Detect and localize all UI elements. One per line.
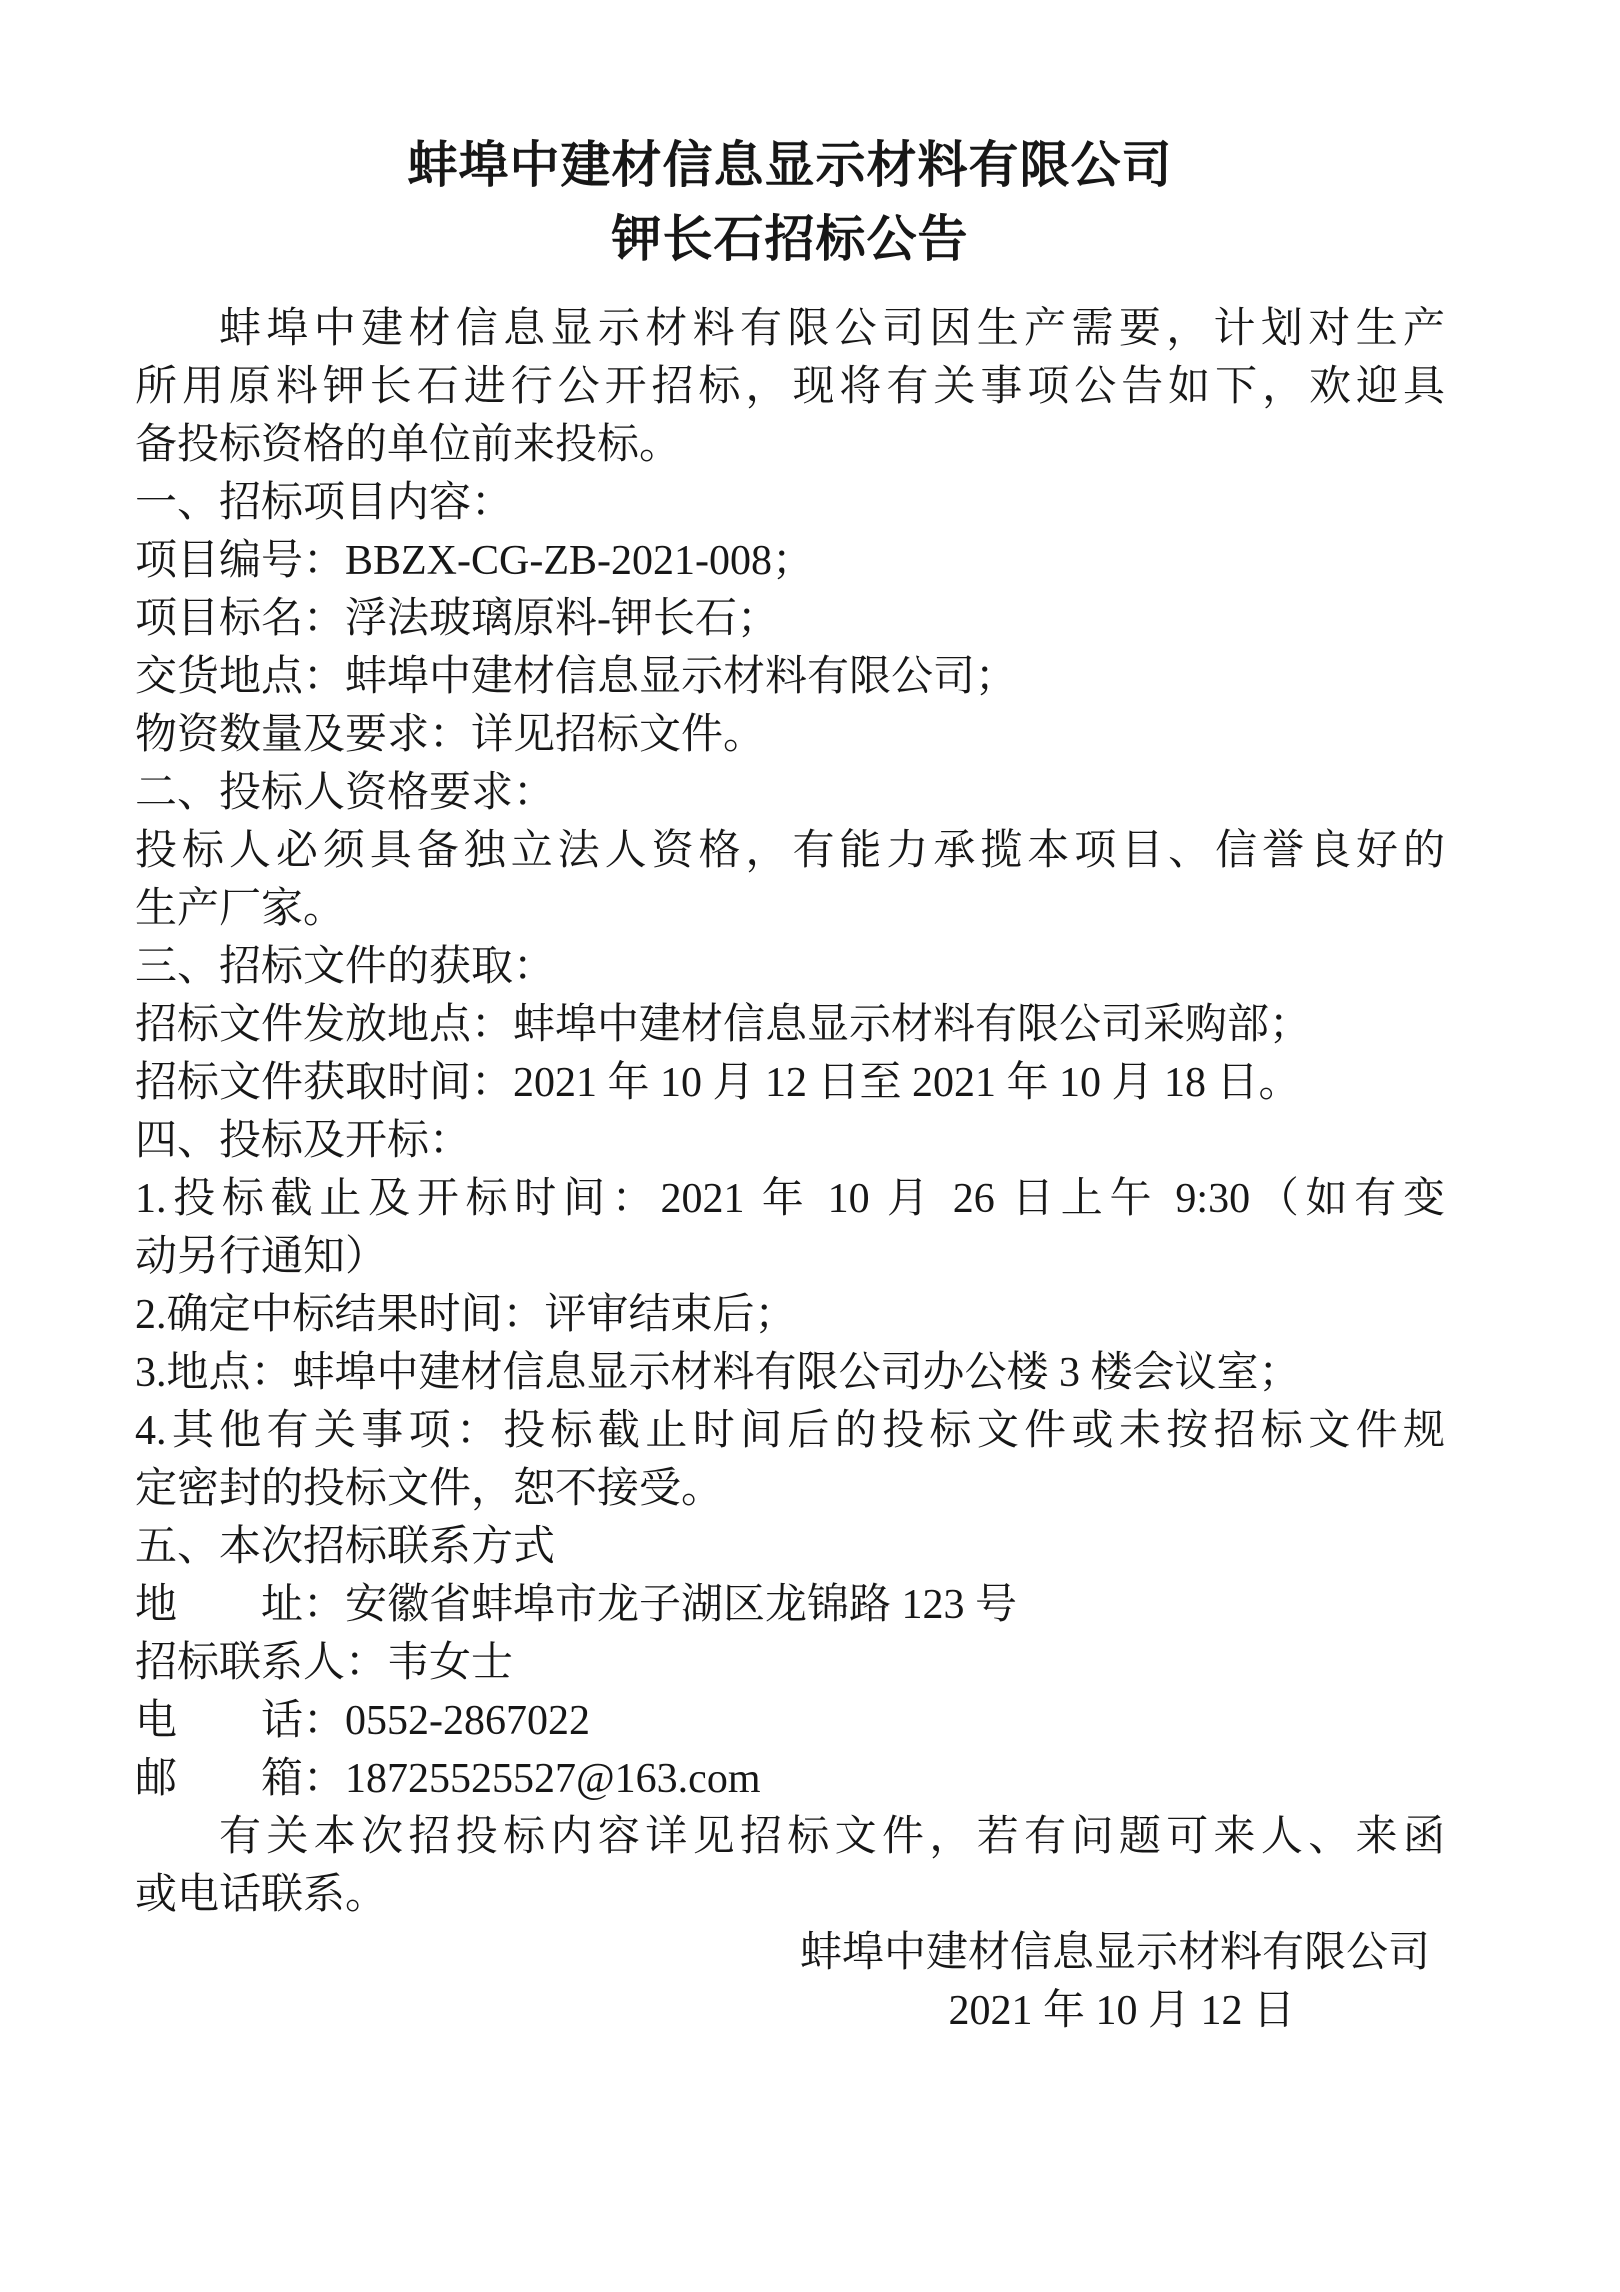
document-page: 蚌埠中建材信息显示材料有限公司 钾长石招标公告 蚌埠中建材信息显示材料有限公司因… [0,0,1620,2292]
signature-date: 2021 年 10 月 12 日 [135,1982,1445,2040]
other-matters-line-1: 4.其他有关事项：投标截止时间后的投标文件或未按招标文件规 [135,1402,1445,1460]
section-1-heading: 一、招标项目内容： [135,474,1445,532]
contact-email-line: 邮 箱：18725525527@163.com [135,1750,1445,1808]
quantity-requirements-line: 物资数量及要求：详见招标文件。 [135,706,1445,764]
delivery-place-line: 交货地点：蚌埠中建材信息显示材料有限公司； [135,648,1445,706]
document-issue-place-line: 招标文件发放地点：蚌埠中建材信息显示材料有限公司采购部； [135,996,1445,1054]
closing-line-2: 或电话联系。 [135,1866,1445,1924]
contact-person-line: 招标联系人：韦女士 [135,1634,1445,1692]
bidder-qualification-line-1: 投标人必须具备独立法人资格，有能力承揽本项目、信誉良好的 [135,822,1445,880]
project-number-line: 项目编号：BBZX-CG-ZB-2021-008； [135,532,1445,590]
section-3-heading: 三、招标文件的获取： [135,938,1445,996]
document-body: 蚌埠中建材信息显示材料有限公司因生产需要，计划对生产 所用原料钾长石进行公开招标… [135,300,1445,2040]
bidder-qualification-line-2: 生产厂家。 [135,880,1445,938]
section-5-heading: 五、本次招标联系方式 [135,1518,1445,1576]
closing-line-1: 有关本次招投标内容详见招标文件，若有问题可来人、来函 [135,1808,1445,1866]
contact-phone-line: 电 话：0552-2867022 [135,1692,1445,1750]
signature-company: 蚌埠中建材信息显示材料有限公司 [135,1924,1445,1982]
intro-line-3: 备投标资格的单位前来投标。 [135,416,1445,474]
intro-line-2: 所用原料钾长石进行公开招标，现将有关事项公告如下，欢迎具 [135,358,1445,416]
document-title-line-2: 钾长石招标公告 [135,202,1445,276]
section-4-heading: 四、投标及开标： [135,1112,1445,1170]
opening-place-line: 3.地点：蚌埠中建材信息显示材料有限公司办公楼 3 楼会议室； [135,1344,1445,1402]
bid-deadline-line-2: 动另行通知） [135,1228,1445,1286]
contact-address-line: 地 址：安徽省蚌埠市龙子湖区龙锦路 123 号 [135,1576,1445,1634]
section-2-heading: 二、投标人资格要求： [135,764,1445,822]
document-title-line-1: 蚌埠中建材信息显示材料有限公司 [135,128,1445,202]
intro-line-1: 蚌埠中建材信息显示材料有限公司因生产需要，计划对生产 [135,300,1445,358]
other-matters-line-2: 定密封的投标文件，恕不接受。 [135,1460,1445,1518]
document-obtain-time-line: 招标文件获取时间：2021 年 10 月 12 日至 2021 年 10 月 1… [135,1054,1445,1112]
document-title: 蚌埠中建材信息显示材料有限公司 钾长石招标公告 [135,128,1445,276]
result-time-line: 2.确定中标结果时间：评审结束后； [135,1286,1445,1344]
project-name-line: 项目标名：浮法玻璃原料-钾长石； [135,590,1445,648]
bid-deadline-line-1: 1.投标截止及开标时间：2021 年 10 月 26 日上午 9:30（如有变 [135,1170,1445,1228]
